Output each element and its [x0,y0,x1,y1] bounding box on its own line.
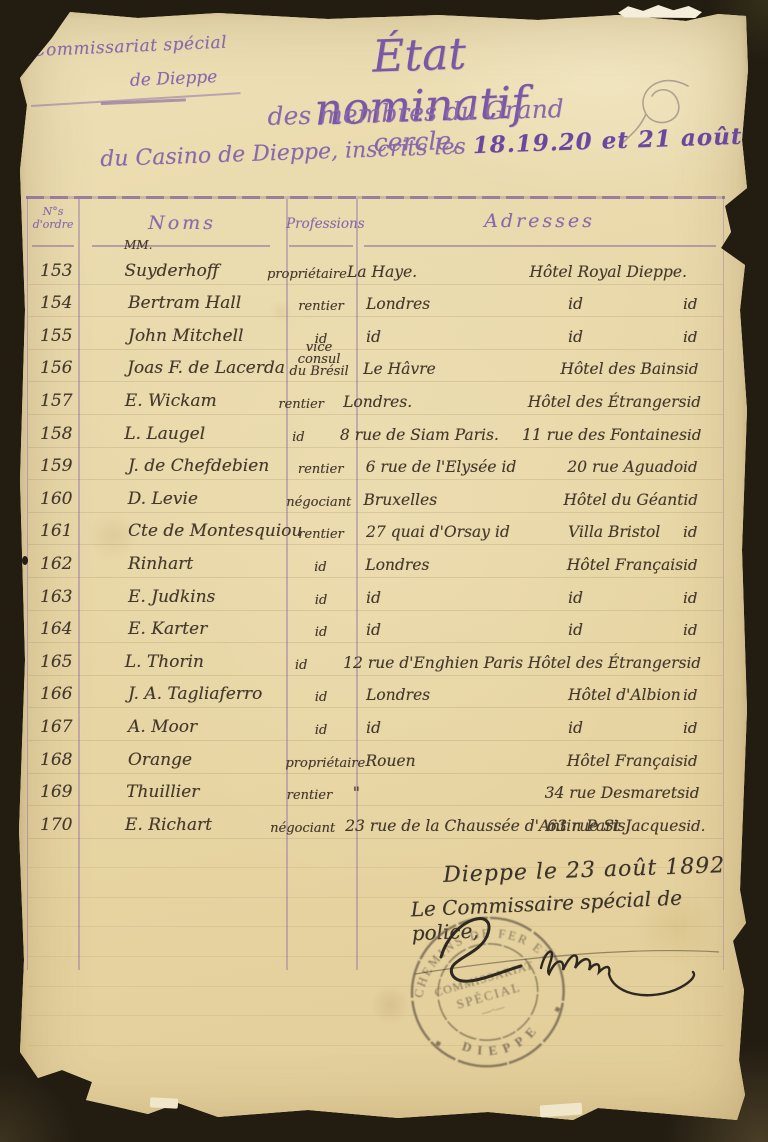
row-name: L. Laugel [74,424,266,444]
subtitle-prefix: du Casino de Dieppe, inscrits les [100,134,473,172]
group-label-messieurs: MM. [124,238,152,252]
row-name: J. de Chefdebien [78,456,286,476]
row-number: 154 [28,293,78,313]
table-row: 158L. Laugelid8 rue de Siam Paris.11 rue… [28,415,723,448]
column-header-names: Noms [78,212,286,234]
row-number: 160 [28,489,78,509]
pen-flourish [616,76,711,151]
table-row: 159J. de Chefdebienrentier6 rue de l'Ely… [28,448,723,481]
row-name: Cte de Montesquiou [78,521,286,541]
row-residence: Londres [356,295,568,313]
row-profession: id [285,562,355,574]
row-ditto-mark: id [683,328,723,346]
row-profession: propriétaire [267,269,337,281]
row-dieppe-address: Hôtel des Bains [560,360,684,378]
row-ditto-mark: id [687,426,723,444]
table-row: 167A. Mooridididid [28,708,723,741]
row-dieppe-address: id [568,295,683,313]
row-profession: id [269,660,333,672]
row-residence: 12 rue d'Enghien Paris [333,654,528,672]
row-profession: négociant [284,497,353,509]
row-profession: vice consul du Brésil [285,342,353,378]
row-residence: id [356,621,568,639]
row-dieppe-address: id [568,719,683,737]
row-dieppe-address: id [568,589,683,607]
header-underline [32,245,74,247]
row-dieppe-address: Hôtel du Géant [563,491,683,509]
row-name: E. Judkins [78,587,286,607]
row-ditto-mark: id [683,491,723,509]
header-underline [92,245,270,247]
row-name: Rinhart [78,554,286,574]
row-dieppe-address: 34 rue Desmarets [545,784,685,802]
row-number: 168 [28,750,78,770]
row-dieppe-address: 63 rue St Jacques [547,817,686,835]
table-top-border [26,196,725,199]
document-page: Commissariat spécial de Dieppe État nomi… [18,10,748,1128]
row-profession: rentier [286,529,356,541]
row-dieppe-address: 20 rue Aguado [567,458,683,476]
row-name: A. Moor [78,717,286,737]
table-row: 169Thuillierrentier"34 rue Desmaretsid [28,774,723,807]
row-residence: " [343,784,545,802]
row-residence: id [356,719,568,737]
row-residence: id [356,589,568,607]
row-profession: id [286,725,356,737]
row-dieppe-address: 11 rue des Fontaines [522,426,687,444]
row-residence: 27 quai d'Orsay id [356,523,568,541]
row-name: John Mitchell [78,326,286,346]
row-number: 165 [28,652,75,672]
row-number: 162 [28,554,78,574]
row-number: 156 [28,358,77,378]
signature [413,902,723,1032]
row-name: D. Levie [78,489,284,509]
row-ditto-mark: id [685,784,723,802]
row-number: 163 [28,587,78,607]
table-row: 165L. Thorinid12 rue d'Enghien ParisHôte… [28,643,723,676]
column-header-number-line2: d'ordre [28,218,78,231]
row-residence: 6 rue de l'Elysée id [356,458,568,476]
row-name: Orange [78,750,286,770]
row-name: Suyderhoff [74,261,267,281]
row-residence: Londres [356,686,568,704]
row-dieppe-address: id [568,328,683,346]
row-number: 167 [28,717,78,737]
stamp-diamond-left: ◆ [434,1038,443,1049]
row-residence: Bruxelles [353,491,563,509]
row-name: Thuillier [76,782,276,802]
row-name: L. Thorin [75,652,269,672]
row-residence: 8 rue de Siam Paris. [330,426,522,444]
row-dieppe-address: Villa Bristol [568,523,683,541]
table-row: 155John Mitchellidididid [28,317,723,350]
row-number: 158 [28,424,74,444]
row-residence: Londres [355,556,566,574]
row-dieppe-address: Hôtel des Étrangers [528,654,687,672]
row-dieppe-address: Hôtel Français [567,556,683,574]
row-ditto-mark: id [686,654,723,672]
row-residence: Le Hâvre [353,360,560,378]
row-number: 170 [28,815,75,835]
row-residence: id [356,328,568,346]
table-row: 157E. WickamrentierLondres.Hôtel des Étr… [28,382,723,415]
corner-stamp-line2: de Dieppe [130,67,218,91]
row-name: E. Karter [78,619,286,639]
row-ditto-mark: id [683,295,723,313]
row-ditto-mark: id. [686,817,723,835]
table-row: 168OrangepropriétaireRouenHôtel Français… [28,741,723,774]
row-number: 155 [28,326,78,346]
row-ditto-mark: id [683,589,723,607]
row-profession: rentier [286,464,356,476]
row-ditto-mark: id [683,752,723,770]
row-profession: id [267,432,330,444]
row-profession: négociant [270,823,335,835]
row-number: 166 [28,684,78,704]
row-dieppe-address: Hôtel d'Albion [568,686,683,704]
row-residence: Londres. [333,393,528,411]
corner-office-stamp: Commissariat spécial de Dieppe [28,31,268,41]
row-profession: id [286,595,356,607]
torn-paper-fleck [150,1097,178,1108]
table-row: 160D. LevienégociantBruxellesHôtel du Gé… [28,480,723,513]
torn-paper-sliver [618,5,702,18]
row-profession: propriétaire [285,758,355,770]
table-row: 162RinhartidLondresHôtel Françaisid [28,545,723,578]
row-number: 157 [28,391,75,411]
row-profession: rentier [286,301,356,313]
table-row: 170E. Richartnégociant23 rue de la Chaus… [28,806,723,839]
row-ditto-mark: id [683,719,723,737]
table-row: 156Joas F. de Lacerdavice consul du Brés… [28,350,723,383]
row-residence: 23 rue de la Chaussée d'Antin Paris. [335,817,547,835]
header-underline [289,245,353,247]
column-header-professions: Professions [286,216,356,232]
edge-speck [22,556,28,565]
row-ditto-mark: id [683,523,723,541]
row-ditto-mark: id [683,556,723,574]
row-profession: rentier [269,399,333,411]
row-number: 159 [28,456,78,476]
column-header-number-line1: N°s [28,205,78,218]
corner-stamp-line1: Commissariat spécial [32,33,227,61]
row-name: E. Richart [75,815,270,835]
row-dieppe-address: Hôtel Français [567,752,683,770]
row-profession: rentier [276,790,343,802]
table-row: 154Bertram HallrentierLondresidid [28,285,723,318]
table-row: 166J. A. TagliaferroidLondresHôtel d'Alb… [28,676,723,709]
header-underline [364,245,716,247]
row-ditto-mark: id [683,458,723,476]
row-number: 164 [28,619,78,639]
row-dieppe-address: id [568,621,683,639]
row-ditto-mark: id [684,360,723,378]
column-header-number: N°s d'ordre [28,205,78,231]
scanned-document-scene: Commissariat spécial de Dieppe État nomi… [0,0,768,1142]
row-dieppe-address: Hôtel des Étrangers [528,393,687,411]
row-name: E. Wickam [75,391,269,411]
column-header-addresses: Adresses [356,210,723,232]
row-number: 169 [28,782,76,802]
row-name: Bertram Hall [78,293,286,313]
row-number: 153 [28,261,74,281]
row-ditto-mark: id [686,393,723,411]
row-name: J. A. Tagliaferro [78,684,286,704]
row-ditto-mark: id [683,621,723,639]
row-profession: id [286,692,356,704]
table-row: 164E. Karteridididid [28,611,723,644]
row-number: 161 [28,521,78,541]
row-residence: La Haye. [337,263,529,281]
members-table: N°s d'ordre Noms Professions Adresses MM… [27,196,724,970]
row-profession: id [286,627,356,639]
row-ditto-mark: id [683,686,723,704]
row-dieppe-address: Hôtel Royal Dieppe. [529,263,687,281]
row-residence: Rouen [355,752,566,770]
table-row: 153SuyderhoffpropriétaireLa Haye.Hôtel R… [28,252,723,285]
row-name: Joas F. de Lacerda [77,358,285,378]
table-row: 163E. Judkinsidididid [28,578,723,611]
table-row: 161Cte de Montesquiourentier27 quai d'Or… [28,513,723,546]
